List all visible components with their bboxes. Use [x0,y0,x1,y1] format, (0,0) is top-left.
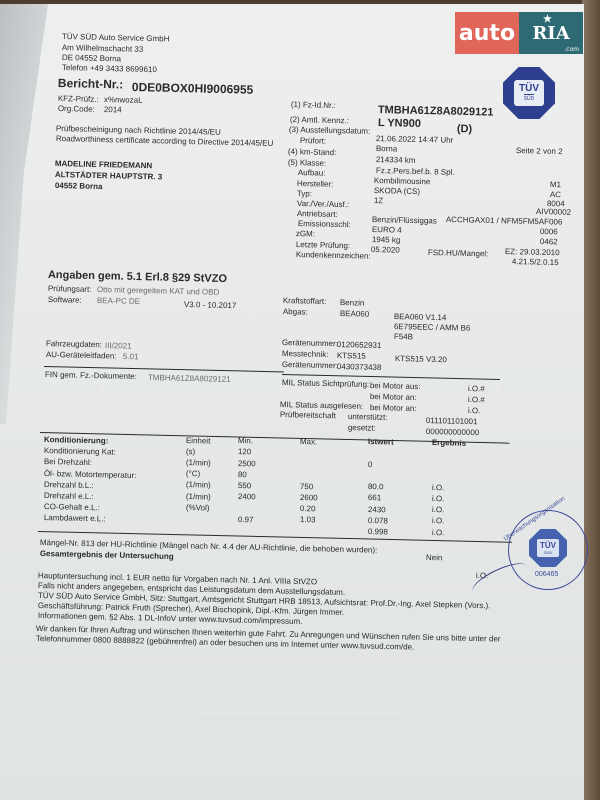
table-cell: 0.20 [300,504,316,514]
table-cell: 0.97 [238,515,254,525]
emission-key-value: EURO 4 [372,225,402,236]
autoria-com-text: .com [564,46,579,53]
gross-weight-value: 1945 kg [372,235,401,246]
table-cell: CO-Gehalt e.L.: [44,502,100,513]
emissions-heading: Angaben gem. 5.1 Erl.8 §29 StVZO [48,270,227,284]
report-number-label: Bericht-Nr.: [58,78,124,89]
readiness-label: Prüfbereitschaft [280,410,336,421]
fin-value: TMBHA61Z8A8029121 [148,373,231,385]
mileage-value: 214334 km [376,155,416,166]
table-cell: 2430 [368,505,386,515]
page-indicator: Seite 2 von 2 [516,146,563,157]
mil-value-3: i.O. [468,406,481,416]
location-value: Borna [376,144,398,154]
vin-value: TMBHA61Z8A8029121 [378,105,494,118]
au-guide-label: AU-Geräteleitfaden: [46,350,117,362]
autoria-auto-text: auto [455,12,519,54]
table-cell: (°C) [186,469,201,479]
previous-page-edge [0,4,60,424]
set-label: gesetzt: [348,423,376,434]
customer-plate-label: Kundenkennzeichen: [296,250,371,262]
autoria-ria-text: RIA [532,23,569,44]
table-header-cell: Istwert [368,437,394,448]
body-label: Aufbau: [298,168,326,179]
stamp-sud-text: SÜD [544,550,552,555]
overall-result-label: Gesamtergebnis der Untersuchung [40,549,174,562]
tuv-sud-logo: TÜV SÜD [503,67,555,119]
table-header-cell: Ergebnis [432,438,466,449]
supported-label: unterstützt: [348,412,388,423]
org-code-value: 2014 [104,105,122,115]
table-cell: 2600 [300,493,318,503]
table-cell: i.O. [432,516,445,526]
fuel-value: Benzin [340,298,365,309]
exhaust-code: F54B [394,332,413,342]
table-cell: (1/min) [186,458,211,469]
table-header-cell: Einheit [186,436,211,447]
sud-logo-text: SÜD [524,94,535,102]
table-cell: i.O. [432,505,445,515]
table-cell: 550 [238,481,252,491]
autoria-watermark: auto ★ RIA .com [455,12,583,54]
stamp-logo-icon: TÜV SÜD [529,529,567,567]
table-cell: 0.078 [368,516,388,526]
plate-country: (D) [457,124,473,134]
org-code-label: Org.Code: [58,104,95,115]
table-cell: Bei Drehzahl: [44,457,92,468]
defects-value: Nein [426,553,443,563]
table-header-cell: Konditionierung: [44,435,109,446]
autoria-ria-block: ★ RIA .com [519,12,583,54]
fsd-label: FSD.HU/Mangel: [428,248,489,259]
last-inspection-value: 05.2020 [371,245,400,256]
device2-value: 0430373438 [337,362,382,373]
mil-value-1: i.O.# [468,384,485,394]
table-cell: Drehzahl e.L.: [44,491,94,502]
table-cell: 1.03 [300,515,316,525]
table-cell: 120 [238,447,252,457]
issuer-phone: Telefon +49 3433 8699610 [62,63,157,75]
gross-weight-label: zGM: [296,229,315,239]
type-label: Typ: [297,189,312,199]
owner-city: 04552 Borna [55,181,103,192]
table-cell: i.O. [432,494,445,504]
exhaust-label: Abgas: [283,307,308,318]
gross-weight-code: 0462 [540,237,558,247]
table-cell: Lambdawert e.L.: [44,513,106,524]
table-cell: 2400 [238,492,256,502]
table-cell: 80.0 [368,482,384,492]
test-type-label: Prüfungsart: [48,284,92,295]
set-value: 000000000000 [426,427,480,438]
background-surface-right [582,0,600,800]
emission-key-code: 0006 [540,227,558,237]
software-version: V3.0 - 10.2017 [184,300,237,311]
table-cell: (s) [186,447,196,457]
star-icon: ★ [543,14,552,25]
exhaust-value: BEA060 [340,309,370,320]
vin-label: (1) Fz-Id.Nr.: [291,100,336,111]
mil-value-2: i.O.# [468,395,485,405]
mil-cond-2: bei Motor an: [370,392,417,403]
measurement-value: KTS515 [337,351,366,362]
table-header-cell: Max. [300,437,318,447]
vehicle-data-label: Fahrzeugdaten: [46,339,102,350]
body-code: M1 [550,180,561,190]
stamp-tuv-text: TÜV [540,542,556,550]
mileage-label: (4) km-Stand: [288,147,337,158]
document-page: TÜV SÜD Auto Service GmbH Am Wilhelmscha… [0,4,584,800]
fuel-label: Kraftstoffart: [283,296,327,307]
table-cell: (%Vol) [186,503,210,514]
certificate-en: Roadworthiness certificate according to … [56,134,274,149]
location-label: Prüfort: [300,136,326,147]
type-value: 1Z [374,196,384,206]
table-cell: i.O. [432,528,445,538]
table-cell: 2500 [238,459,256,469]
table-cell: 750 [300,482,314,492]
table-cell: 0.998 [368,527,388,537]
report-number: 0DE0BOX0HI9006955 [132,82,254,95]
plate-value: L YN900 [378,118,421,129]
table-cell: i.O. [432,483,445,493]
table-cell: (1/min) [186,492,211,503]
mil-visual-label: MIL Status Sichtprüfung: [282,378,370,390]
device1-label: Gerätenummer: [282,338,338,349]
au-guide-value: 5.01 [123,352,139,362]
software-value: BEA-PC DE [97,296,140,307]
table-cell: Öl- bzw. Motortemperatur: [44,469,137,481]
stamp-number: 006465 [535,571,558,578]
software-label: Software: [48,295,82,306]
fsd-value: 4.21.5/2.0.15 [512,257,559,268]
tuv-logo-text: TÜV [519,84,539,94]
vehicle-data-value: III/2021 [105,341,132,352]
device2-label: Gerätenummer: [282,360,338,371]
table-cell: Konditionierung Kat: [44,446,116,458]
supported-value: 011101101001 [426,416,478,427]
table-cell: 0 [368,460,373,470]
drive-code: ACCHGAX01 / NFM5FM5AF006 [446,215,563,228]
fin-label: FIN gem. Fz.-Dokumente: [45,370,137,382]
table-cell: 80 [238,470,247,480]
measurement-version: KTS515 V3.20 [395,354,447,365]
measurement-label: Messtechnik: [282,349,329,360]
table-cell: (1/min) [186,480,211,491]
table-cell: 661 [368,493,382,503]
device1-value: 0120652931 [337,340,382,351]
table-cell: Drehzahl b.L.: [44,480,94,491]
mil-cond-1: bei Motor aus: [370,381,421,392]
table-header-cell: Min. [238,436,253,446]
